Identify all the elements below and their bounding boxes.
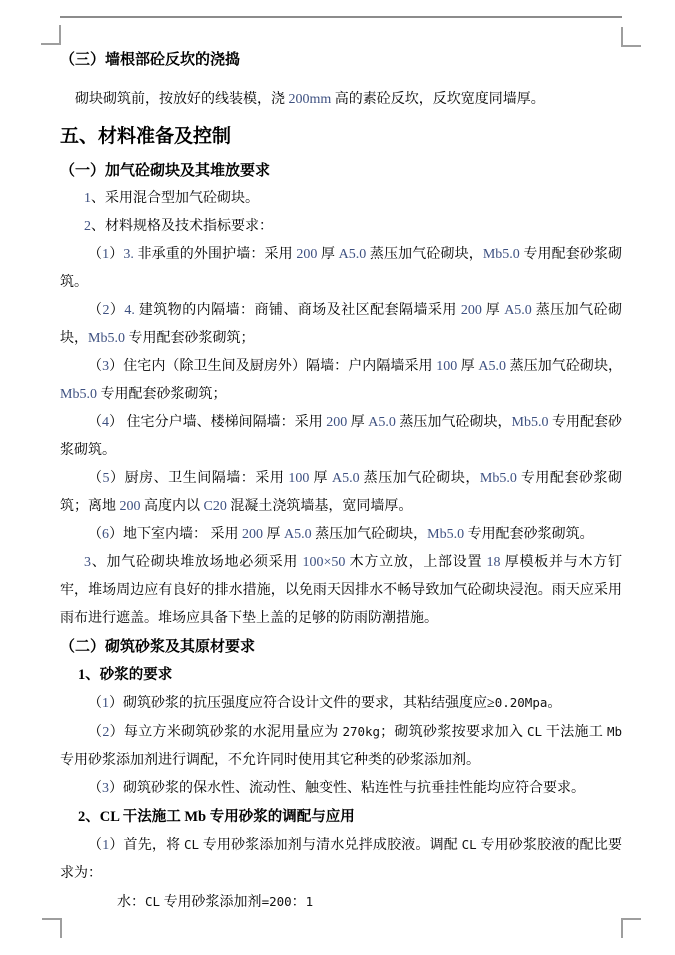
text-run: ： xyxy=(292,895,306,910)
text-run: 4. xyxy=(124,303,135,318)
text-run: ）砌筑砂浆的抗压强度应符合设计文件的要求，其粘结强度应≥ xyxy=(109,696,495,711)
text-run: CL xyxy=(145,894,160,909)
text-run: 非承重的外围护墙：采用 xyxy=(134,247,296,262)
text-run: （三）墙根部砼反坎的浇捣 xyxy=(60,52,240,68)
crop-mark-top-right xyxy=(621,27,641,47)
text-run: （ xyxy=(88,838,102,853)
text-run: （二）砌筑砂浆及其原材要求 xyxy=(60,639,255,655)
text-run: 建筑物的内隔墙：商铺、商场及社区配套隔墙采用 xyxy=(135,303,461,318)
text-run: 3 xyxy=(84,555,91,570)
text-run: 专用砂浆添加剂 xyxy=(160,895,262,910)
text-run: 200 xyxy=(242,527,263,542)
text-run: 3. xyxy=(123,247,134,262)
text-run: 高的素砼反坎，反坎宽度同墙厚。 xyxy=(331,92,545,107)
text-run: ）厨房、卫生间隔墙：采用 xyxy=(110,471,289,486)
paragraph: 水：CL 专用砂浆添加剂=200：1 xyxy=(60,888,622,917)
text-run: 专用配套砂浆砌筑； xyxy=(125,331,255,346)
text-run: （ xyxy=(88,696,102,711)
heading: （一）加气砼砌块及其堆放要求 xyxy=(60,157,622,185)
text-run: 蒸压加气砼砌块， xyxy=(366,247,483,262)
text-run: 、加气砼砌块堆放场地必须采用 xyxy=(91,555,302,570)
text-run: ）住宅内（除卫生间及厨房外）隔墙：户内隔墙采用 xyxy=(109,359,436,374)
heading: （三）墙根部砼反坎的浇捣 xyxy=(60,46,622,74)
text-run: 专用配套砂浆砌筑。 xyxy=(464,527,594,542)
text-run: 200 xyxy=(461,303,482,318)
paragraph: （1）3. 非承重的外围护墙：采用 200 厚 A5.0 蒸压加气砼砌块，Mb5… xyxy=(60,241,622,297)
text-run: 2、CL 干法施工 Mb 专用砂浆的调配与应用 xyxy=(78,809,355,825)
text-run: 0.20Mpa xyxy=(495,695,548,710)
text-run: Mb5.0 xyxy=(88,331,125,346)
paragraph: （4） 住宅分户墙、楼梯间隔墙：采用 200 厚 A5.0 蒸压加气砼砌块，Mb… xyxy=(60,409,622,465)
heading: 五、材料准备及控制 xyxy=(60,122,622,152)
text-run: （ xyxy=(88,415,102,430)
text-run: 1 xyxy=(84,191,91,206)
text-run: 100 xyxy=(288,471,309,486)
paragraph: 3、加气砼砌块堆放场地必须采用 100×50 木方立放，上部设置 18 厚模板并… xyxy=(60,549,622,633)
text-run: （ xyxy=(88,247,102,262)
text-run: 水： xyxy=(117,895,145,910)
crop-mark-bottom-left xyxy=(42,918,62,938)
text-run: （ xyxy=(88,781,102,796)
text-run: Mb5.0 xyxy=(480,471,517,486)
text-run: 厚 xyxy=(347,415,368,430)
paragraph: 1、采用混合型加气砼砌块。 xyxy=(60,185,622,213)
text-run: A5.0 xyxy=(332,471,360,486)
text-run: 3 xyxy=(102,781,109,796)
text-run: （ xyxy=(88,725,102,740)
text-run: 2 xyxy=(84,219,91,234)
text-run: （ xyxy=(88,303,102,318)
heading: （二）砌筑砂浆及其原材要求 xyxy=(60,633,622,661)
text-run: ）砌筑砂浆的保水性、流动性、触变性、粘连性与抗垂挂性能均应符合要求。 xyxy=(109,781,585,796)
text-run: 蒸压加气砼砌块， xyxy=(360,471,480,486)
text-run: 干法施工 xyxy=(542,725,607,740)
text-run: 100 xyxy=(436,359,457,374)
text-run: CL xyxy=(527,724,542,739)
text-run: 1 xyxy=(102,696,109,711)
text-run: 200 xyxy=(296,247,317,262)
text-run: Mb5.0 xyxy=(483,247,520,262)
text-run: 厚 xyxy=(317,247,338,262)
text-run: A5.0 xyxy=(284,527,312,542)
text-run: 200mm xyxy=(289,92,332,107)
text-run: A5.0 xyxy=(504,303,532,318)
text-run: 4 xyxy=(102,415,109,430)
text-run: ；砌筑砂浆按要求加入 xyxy=(380,725,527,740)
paragraph: 2、材料规格及技术指标要求： xyxy=(60,213,622,241)
paragraph: （1）砌筑砂浆的抗压强度应符合设计文件的要求，其粘结强度应≥0.20Mpa。 xyxy=(60,689,622,718)
text-run: 、采用混合型加气砼砌块。 xyxy=(91,191,259,206)
text-run: =200 xyxy=(262,894,292,909)
heading: 2、CL 干法施工 Mb 专用砂浆的调配与应用 xyxy=(60,803,622,831)
text-run: 厚 xyxy=(457,359,478,374)
text-run: 1、砂浆的要求 xyxy=(78,667,172,683)
text-run: ）首先，将 xyxy=(109,838,184,853)
text-run: 100×50 xyxy=(302,555,345,570)
text-run: Mb5.0 xyxy=(512,415,549,430)
text-run: ） xyxy=(109,247,123,262)
text-run: 蒸压加气砼砌块， xyxy=(506,359,622,374)
text-run: A5.0 xyxy=(478,359,506,374)
text-run: 18 xyxy=(487,555,501,570)
text-run: 厚 xyxy=(309,471,332,486)
text-run: 200 xyxy=(120,499,141,514)
paragraph: （2）4. 建筑物的内隔墙：商铺、商场及社区配套隔墙采用 200 厚 A5.0 … xyxy=(60,297,622,353)
text-run: ）地下室内墙： 采用 xyxy=(109,527,242,542)
crop-mark-top-left xyxy=(41,25,61,45)
document-page: （三）墙根部砼反坎的浇捣砌块砌筑前，按放好的线装模，浇 200mm 高的素砼反坎… xyxy=(0,0,675,955)
text-run: 6 xyxy=(102,527,109,542)
text-run: （ xyxy=(88,527,102,542)
text-run: 混凝土浇筑墙基，宽同墙厚。 xyxy=(227,499,413,514)
text-run: CL xyxy=(184,837,199,852)
text-run: A5.0 xyxy=(368,415,396,430)
paragraph: （3）砌筑砂浆的保水性、流动性、触变性、粘连性与抗垂挂性能均应符合要求。 xyxy=(60,775,622,803)
crop-mark-bottom-right xyxy=(621,918,641,938)
text-run: CL xyxy=(462,837,477,852)
text-run: 蒸压加气砼砌块， xyxy=(312,527,428,542)
text-run: A5.0 xyxy=(339,247,367,262)
text-run: 专用配套砂浆砌筑； xyxy=(97,387,227,402)
text-run: ） 住宅分户墙、楼梯间隔墙：采用 xyxy=(109,415,326,430)
text-run: 270kg xyxy=(342,724,380,739)
text-run: Mb xyxy=(607,724,622,739)
text-run: 1 xyxy=(306,894,314,909)
text-run: 木方立放，上部设置 xyxy=(345,555,486,570)
text-run: 专用砂浆添加剂与清水兑拌成胶液。调配 xyxy=(199,838,462,853)
paragraph: （3）住宅内（除卫生间及厨房外）隔墙：户内隔墙采用 100 厚 A5.0 蒸压加… xyxy=(60,353,622,409)
text-run: Mb5.0 xyxy=(60,387,97,402)
text-run: 。 xyxy=(547,696,561,711)
paragraph: （2）每立方米砌筑砂浆的水泥用量应为 270kg；砌筑砂浆按要求加入 CL 干法… xyxy=(60,718,622,775)
text-run: ） xyxy=(109,303,124,318)
text-run: （ xyxy=(88,471,103,486)
heading: 1、砂浆的要求 xyxy=(60,661,622,689)
text-run: 厚 xyxy=(482,303,504,318)
paragraph: （1）首先，将 CL 专用砂浆添加剂与清水兑拌成胶液。调配 CL 专用砂浆胶液的… xyxy=(60,831,622,888)
text-run: 专用砂浆添加剂进行调配，不允许同时使用其它种类的砂浆添加剂。 xyxy=(60,753,480,768)
text-run: 5 xyxy=(103,471,110,486)
text-run: C20 xyxy=(204,499,227,514)
text-run: 高度内以 xyxy=(141,499,204,514)
text-run: ）每立方米砌筑砂浆的水泥用量应为 xyxy=(109,725,342,740)
paragraph: （6）地下室内墙： 采用 200 厚 A5.0 蒸压加气砼砌块，Mb5.0 专用… xyxy=(60,521,622,549)
text-run: （ xyxy=(88,359,102,374)
text-run: 五、材料准备及控制 xyxy=(60,126,231,147)
document-body: （三）墙根部砼反坎的浇捣砌块砌筑前，按放好的线装模，浇 200mm 高的素砼反坎… xyxy=(60,46,622,917)
text-run: 、材料规格及技术指标要求： xyxy=(91,219,273,234)
text-run: 厚 xyxy=(263,527,284,542)
text-run: 砌块砌筑前，按放好的线装模，浇 xyxy=(75,92,289,107)
paragraph: 砌块砌筑前，按放好的线装模，浇 200mm 高的素砼反坎，反坎宽度同墙厚。 xyxy=(60,86,622,114)
text-run: 200 xyxy=(326,415,347,430)
text-run: （一）加气砼砌块及其堆放要求 xyxy=(60,163,270,179)
paragraph: （5）厨房、卫生间隔墙：采用 100 厚 A5.0 蒸压加气砼砌块，Mb5.0 … xyxy=(60,465,622,521)
text-run: 蒸压加气砼砌块， xyxy=(396,415,512,430)
page-top-border xyxy=(60,16,622,18)
text-run: Mb5.0 xyxy=(427,527,464,542)
